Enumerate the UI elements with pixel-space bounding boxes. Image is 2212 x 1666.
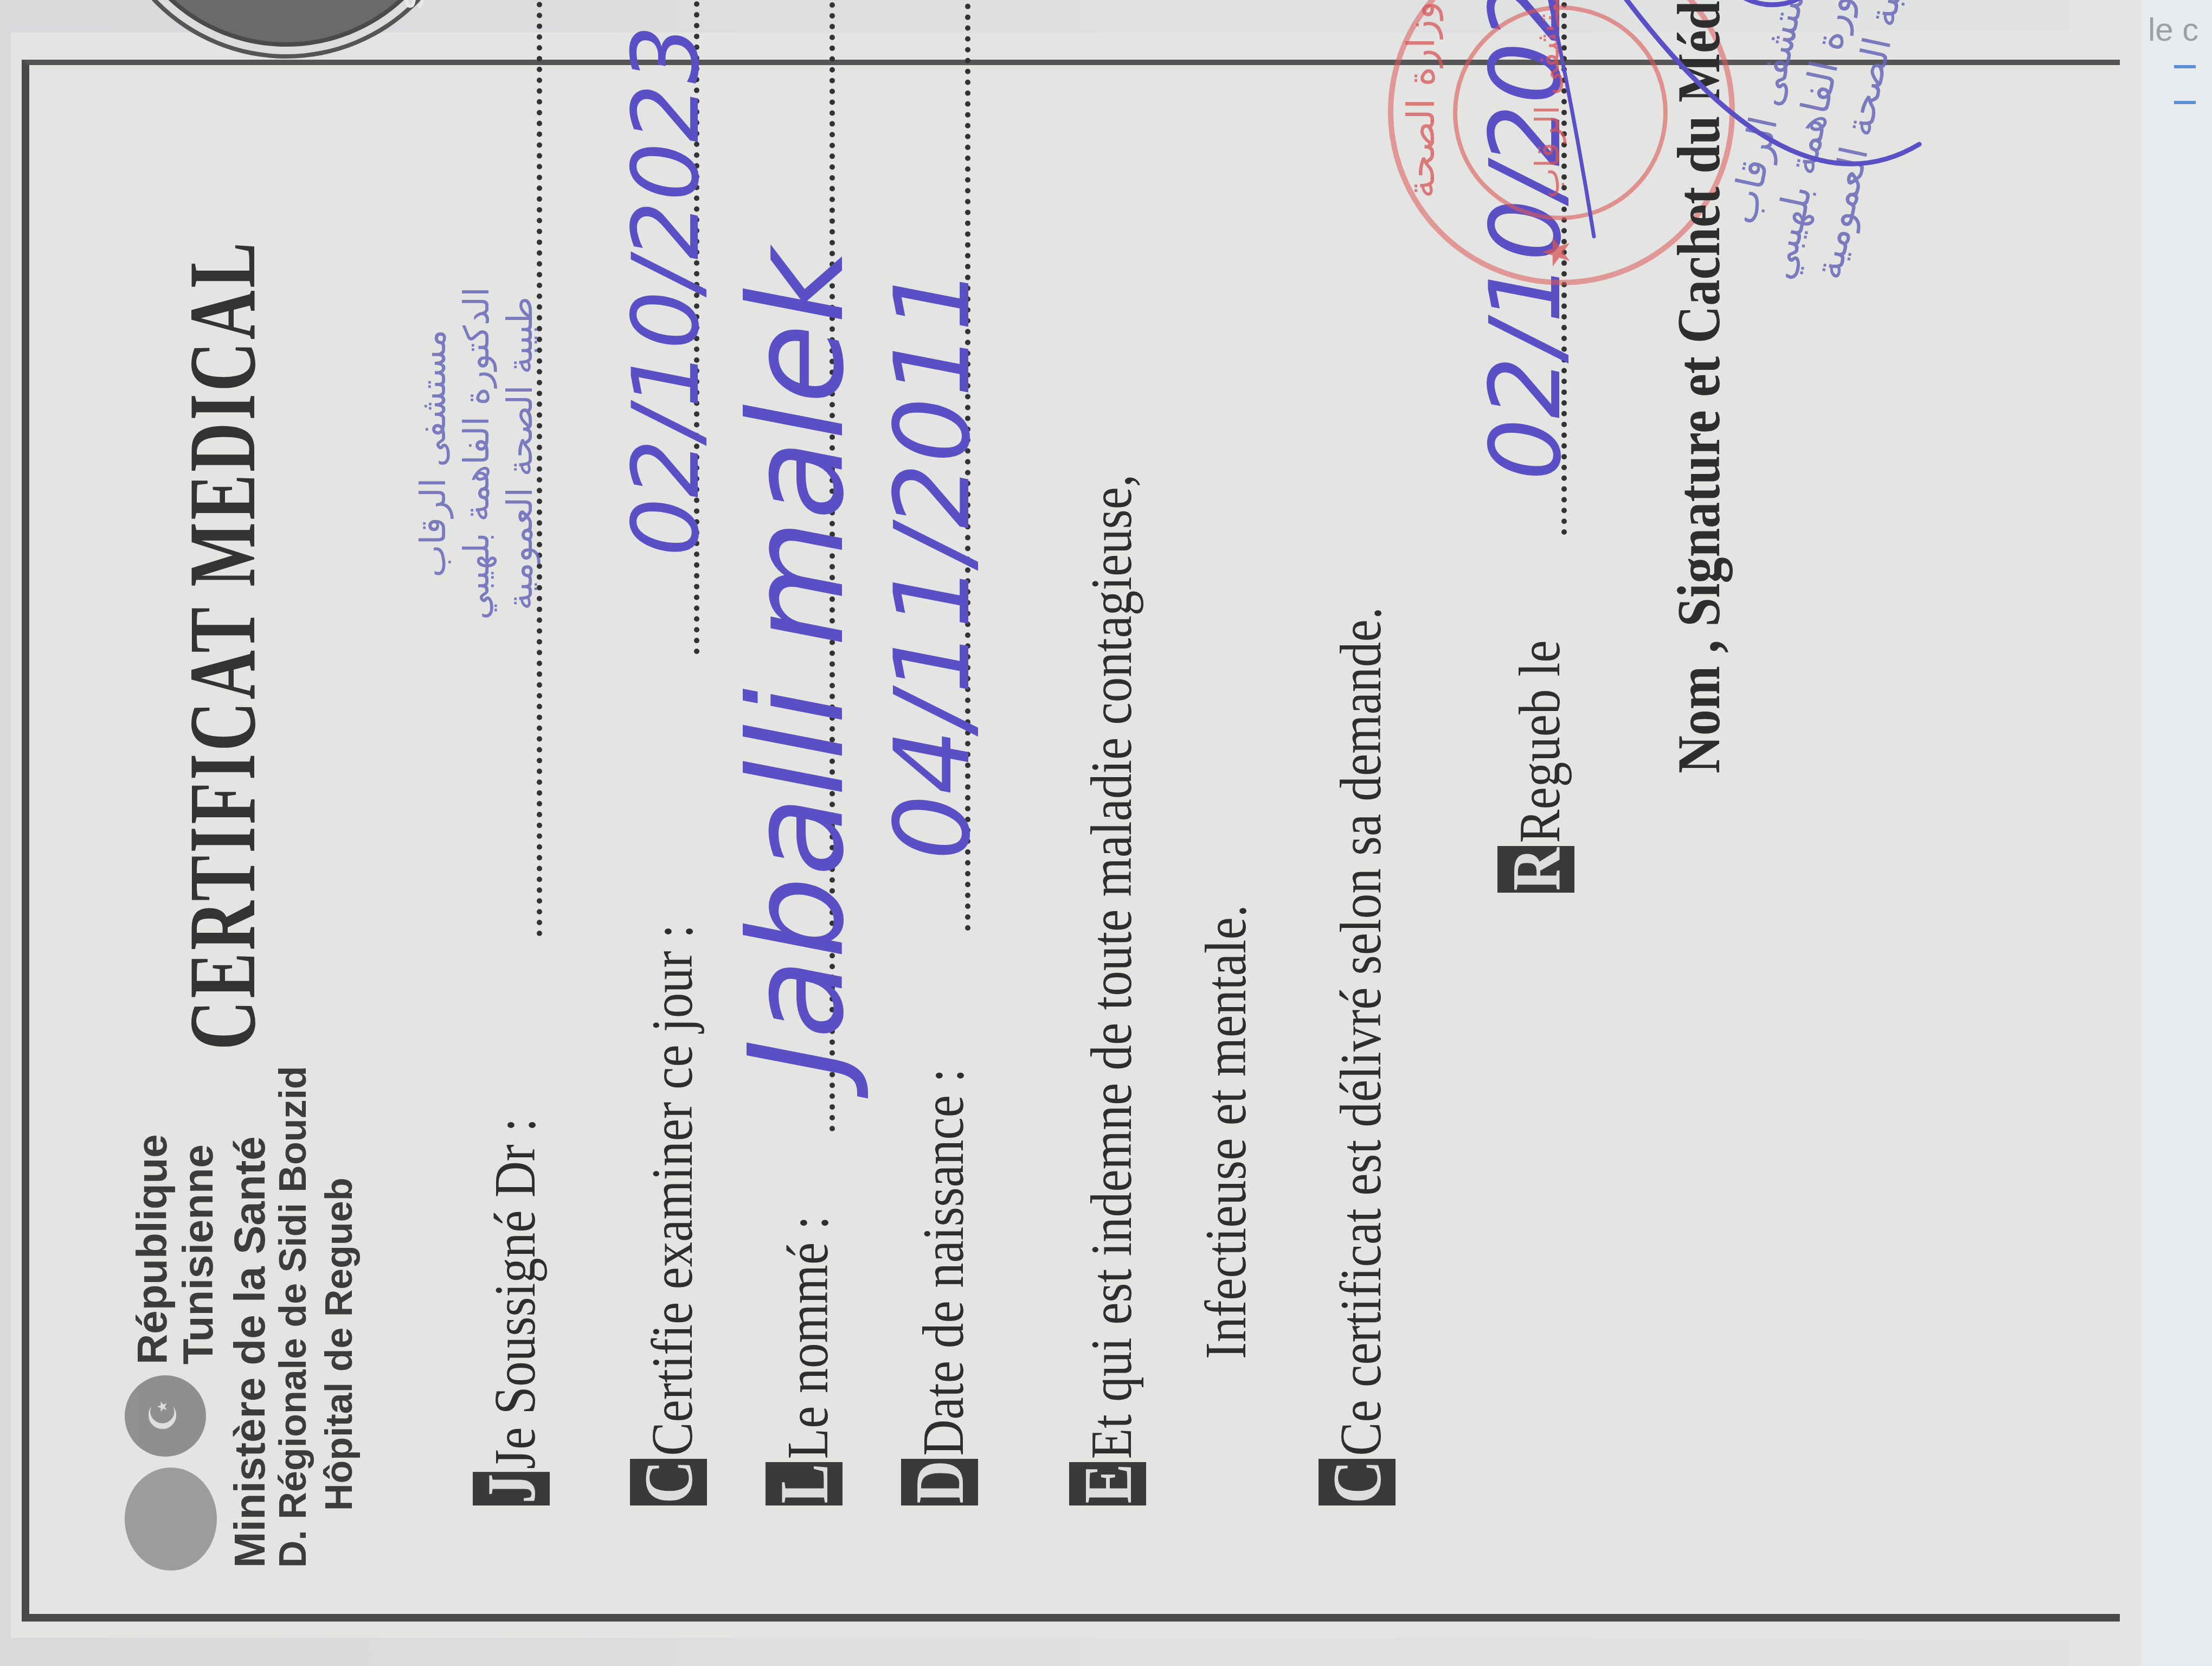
body-line-2: Infectieuse et mentale.: [1193, 905, 1260, 1359]
doctor-stamp-line3: طبيبة الصحة العمومية: [499, 209, 542, 697]
tunisia-coat-of-arms-icon: [125, 1468, 217, 1571]
patient-name-value: Jaballi malek: [721, 248, 873, 1077]
doctor-label: JJe Soussigné Dr :: [472, 1118, 551, 1505]
seal-text-ar: الصحة المدرسية والجامعية: [129, 0, 188, 10]
place-label-text: Regueb le: [1508, 640, 1572, 843]
doctor-label-text: Je Soussigné Dr :: [483, 1118, 548, 1469]
header-republique: République: [127, 1134, 177, 1364]
doctor-stamp-line1: مستشفى الرقاب: [412, 209, 455, 697]
place-label: RRegueb le: [1496, 640, 1576, 893]
exam-label-text: Certifie examiner ce jour :: [640, 925, 705, 1456]
name-label: LLe nommé :: [764, 1216, 844, 1505]
dropcap: L: [766, 1462, 843, 1505]
birth-label-text: Date de naissance :: [911, 1068, 976, 1456]
underlying-document-text: le c: [2148, 11, 2198, 48]
birth-label: DDate de naissance :: [900, 1068, 980, 1505]
page-title: CERTIFICAT MEDICAL: [168, 240, 277, 1050]
seal-text-fr: SANTE SCOLAIRE ET UNIVERSITAIRE: [400, 0, 460, 48]
header-tunisienne: Tunisienne: [173, 1144, 223, 1364]
body-line-3-text: Ce certificat est délivré selon sa deman…: [1329, 607, 1393, 1456]
dropcap: D: [901, 1459, 978, 1505]
dropcap: C: [630, 1459, 707, 1505]
doctor-stamp: مستشفى الرقاب الدكتورة الفاهمة بلهيبي طب…: [412, 209, 542, 697]
dropcap: J: [473, 1472, 550, 1505]
body-line-1-text: Et qui est indemne de toute maladie cont…: [1079, 475, 1144, 1459]
body-line-3: CCe certificat est délivré selon sa dema…: [1317, 607, 1397, 1505]
dropcap: C: [1319, 1459, 1396, 1505]
exam-label: CCertifie examiner ce jour :: [629, 925, 709, 1505]
doctor-stamp-line2: الدكتورة الفاهمة بلهيبي: [455, 209, 499, 697]
header-ministry: Ministère de la Santé: [225, 1136, 275, 1568]
underlying-document: le c: [2142, 0, 2212, 1666]
name-label-text: Le nommé :: [776, 1216, 840, 1459]
tunisia-crescent-star-icon: ☪: [125, 1375, 206, 1457]
certificate-page: ☪ République Tunisienne Ministère de la …: [76, 47, 2136, 1619]
doctor-signature: [1431, 0, 1973, 372]
exam-date-value: 02/10/2023: [613, 25, 720, 556]
header-region: D. Régionale de Sidi Bouzid: [271, 1066, 314, 1568]
menu-lines-icon: [2174, 65, 2196, 104]
birth-date-value: 04/11/2011: [873, 266, 993, 860]
body-line-1: EEt qui est indemne de toute maladie con…: [1068, 475, 1148, 1505]
header-hospital: Hôpital de Regueb: [317, 1178, 361, 1511]
dropcap: E: [1069, 1462, 1146, 1505]
dropcap: R: [1497, 846, 1574, 893]
